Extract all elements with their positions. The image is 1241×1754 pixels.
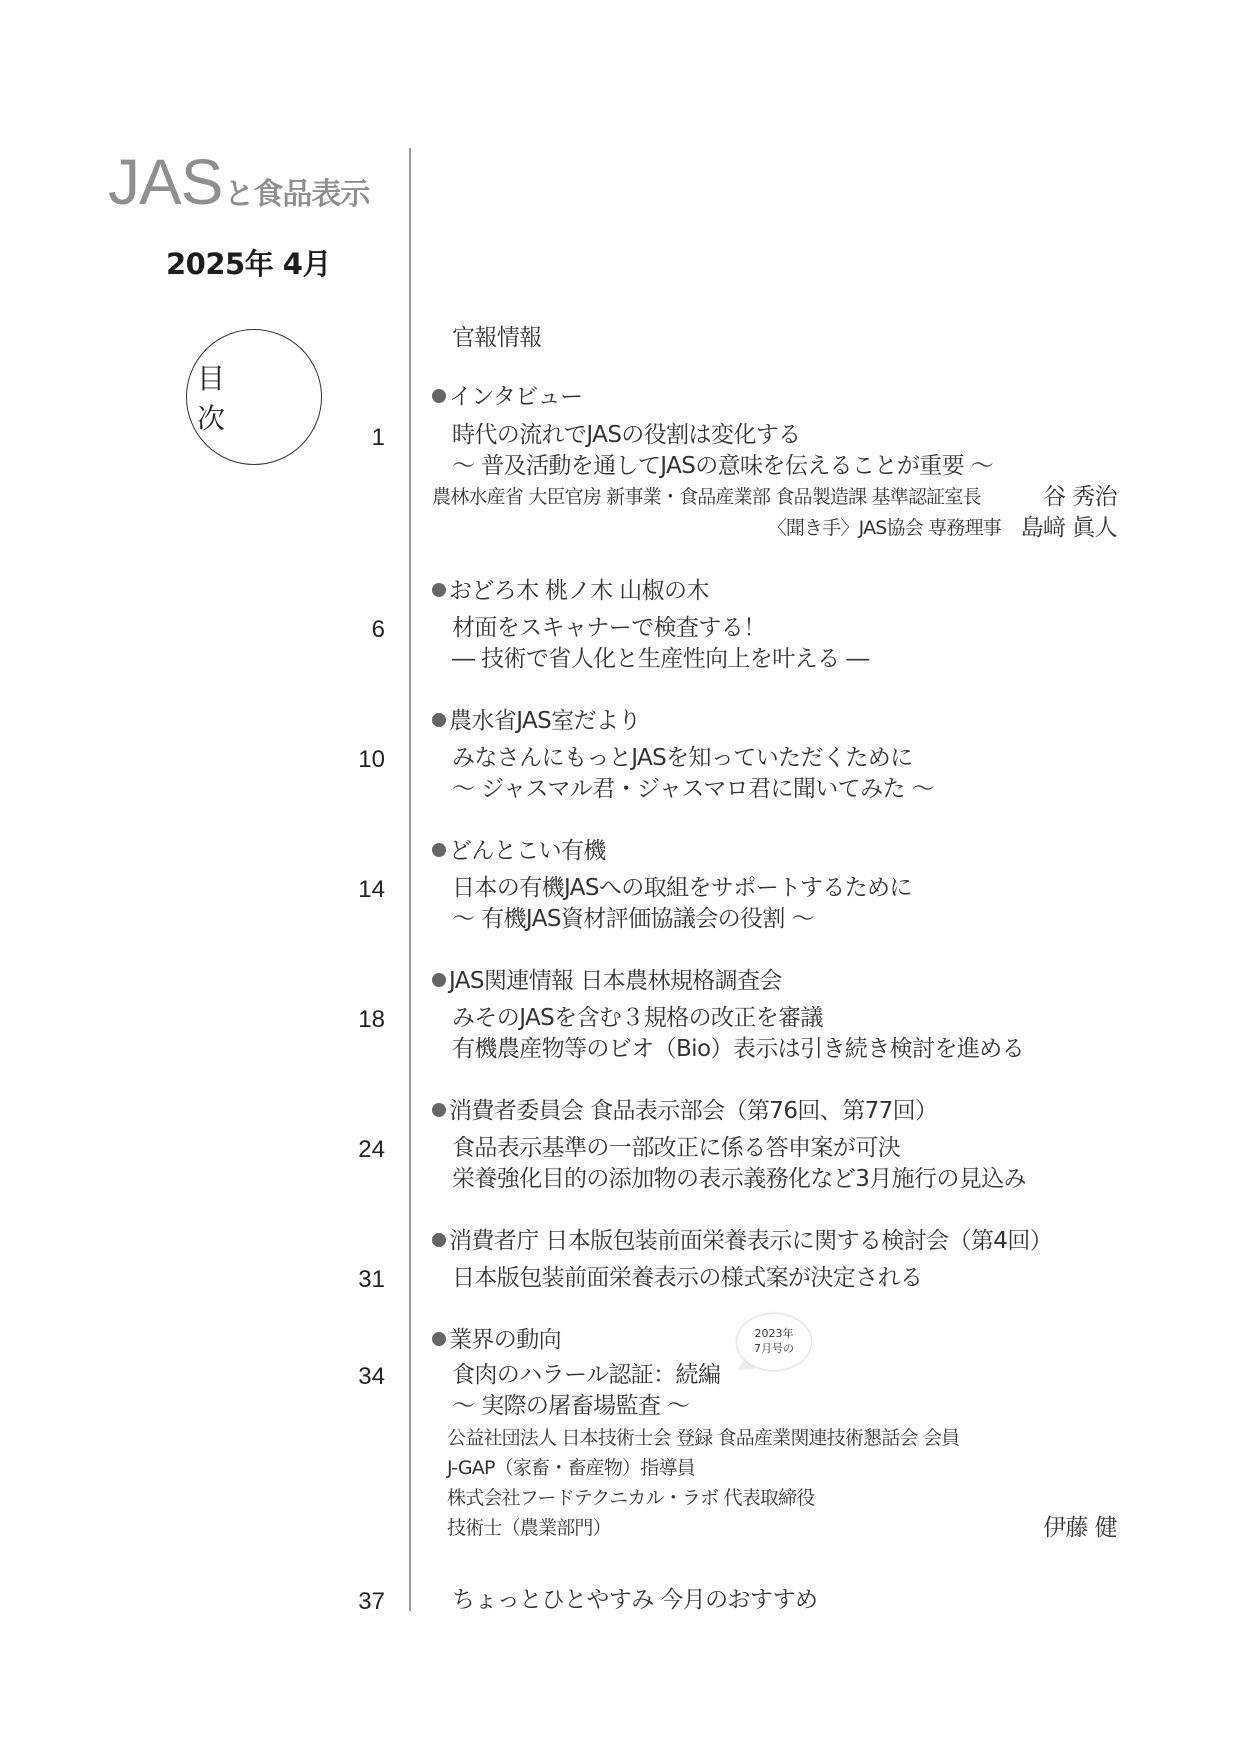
page-number: 10 [358, 748, 385, 772]
bullet-icon [432, 1103, 446, 1117]
toc-heading: 目 次 [197, 357, 321, 437]
toc-entry-title[interactable]: 材面をスキャナーで検査する！ [452, 617, 766, 640]
toc-entry-title[interactable]: 食肉のハラール認証：続編 [452, 1364, 720, 1387]
category-label: JAS関連情報 日本農林規格調査会 [449, 968, 782, 994]
page-number: 24 [358, 1138, 385, 1162]
author-name: 谷 秀治 [1043, 486, 1117, 509]
category-label: おどろ木 桃ノ木 山椒の木 [449, 578, 709, 604]
page-number: 18 [358, 1008, 385, 1032]
author-name: 伊藤 健 [1043, 1517, 1117, 1540]
author-affiliation-line: 公益社団法人 日本技術士会 登録 食品産業関連技術懇話会 会員 [447, 1429, 959, 1448]
bullet-icon [432, 713, 446, 727]
bullet-icon [432, 389, 446, 403]
bubble-line-1: 2023年 [755, 1327, 794, 1342]
masthead: JASと食品表示 [108, 150, 369, 214]
page-number: 31 [358, 1268, 385, 1292]
toc-entry-title[interactable]: みそのJASを含む３規格の改正を審議 [452, 1007, 823, 1030]
toc-entry-subtitle: 栄養強化目的の添加物の表示義務化など3月施行の見込み [452, 1168, 1026, 1191]
vertical-divider [409, 148, 411, 1611]
toc-entry-subtitle: ～ 普及活動を通してJASの意味を伝えることが重要 ～ [452, 455, 993, 478]
masthead-title-main: JAS [108, 146, 222, 218]
toc-category-consumer-agency: 消費者庁 日本版包装前面栄養表示に関する検討会（第4回） [432, 1230, 1052, 1253]
toc-category-odoroki: おどろ木 桃ノ木 山椒の木 [432, 580, 709, 603]
author-affiliation-line: J-GAP（家畜・畜産物）指導員 [447, 1459, 695, 1478]
toc-entry-subtitle: ～ 有機JAS資材評価協議会の役割 ～ [452, 908, 814, 931]
toc-entry-title[interactable]: 時代の流れでJASの役割は変化する [452, 424, 801, 447]
page-number: 14 [358, 878, 385, 902]
toc-category-industry-trends: 業界の動向 [432, 1329, 561, 1352]
interviewer-name: 島﨑 眞人 [1021, 517, 1117, 540]
toc-entry-title[interactable]: 日本版包装前面栄養表示の様式案が決定される [452, 1267, 922, 1290]
category-label: 消費者委員会 食品表示部会（第76回、第77回） [449, 1098, 937, 1124]
page-number: 37 [358, 1590, 385, 1614]
toc-category-interview: インタビュー [432, 386, 582, 409]
toc-entry-subtitle: 有機農産物等のビオ（Bio）表示は引き続き検討を進める [452, 1038, 1024, 1061]
author-affiliation-line: 技術士（農業部門） [447, 1519, 611, 1538]
category-label: 業界の動向 [449, 1327, 561, 1353]
author-affiliation: 農林水産省 大臣官房 新事業・食品産業部 食品製造課 基準認証室長 [432, 488, 981, 507]
toc-entry-title[interactable]: みなさんにもっとJASを知っていただくために [452, 747, 913, 770]
category-label: 消費者庁 日本版包装前面栄養表示に関する検討会（第4回） [449, 1228, 1052, 1254]
speech-bubble: 2023年 7月号の [736, 1313, 812, 1371]
toc-entry-title[interactable]: 日本の有機JASへの取組をサポートするために [452, 877, 912, 900]
category-label: 農水省JAS室だより [449, 708, 641, 734]
toc-entry-title[interactable]: 食品表示基準の一部改正に係る答申案が可決 [452, 1137, 900, 1160]
page-number: 1 [372, 426, 385, 450]
toc-category-consumer-committee: 消費者委員会 食品表示部会（第76回、第77回） [432, 1100, 937, 1123]
toc-category-jas-office: 農水省JAS室だより [432, 710, 641, 733]
toc-category-jas-standards: JAS関連情報 日本農林規格調査会 [432, 970, 782, 993]
masthead-title-sub: と食品表示 [224, 177, 369, 212]
toc-heading-circle: 目 次 [186, 329, 322, 465]
bullet-icon [432, 583, 446, 597]
toc-entry-subtitle: ～ 実際の屠畜場監査 ～ [452, 1395, 689, 1418]
toc-entry-subtitle: ～ ジャスマル君・ジャスマロ君に聞いてみた ～ [452, 778, 934, 801]
toc-category-organic: どんとこい有機 [432, 840, 606, 863]
bullet-icon [432, 1332, 446, 1346]
bullet-icon [432, 973, 446, 987]
category-label: どんとこい有機 [449, 838, 606, 864]
toc-entry-title[interactable]: ちょっとひとやすみ 今月のおすすめ [452, 1589, 817, 1612]
bullet-icon [432, 1233, 446, 1247]
issue-date: 2025年 4月 [166, 242, 331, 283]
category-label: インタビュー [449, 384, 582, 410]
toc-entry-gazette[interactable]: 官報情報 [452, 327, 542, 350]
page-number: 6 [372, 618, 385, 642]
bullet-icon [432, 843, 446, 857]
interviewer-affiliation: 〈聞き手〉JAS協会 専務理事 [768, 519, 1001, 538]
page-number: 34 [358, 1365, 385, 1389]
author-affiliation-line: 株式会社フードテクニカル・ラボ 代表取締役 [447, 1489, 815, 1508]
toc-entry-subtitle: ― 技術で省人化と生産性向上を叶える ― [452, 648, 869, 671]
bubble-line-2: 7月号の [754, 1342, 794, 1357]
